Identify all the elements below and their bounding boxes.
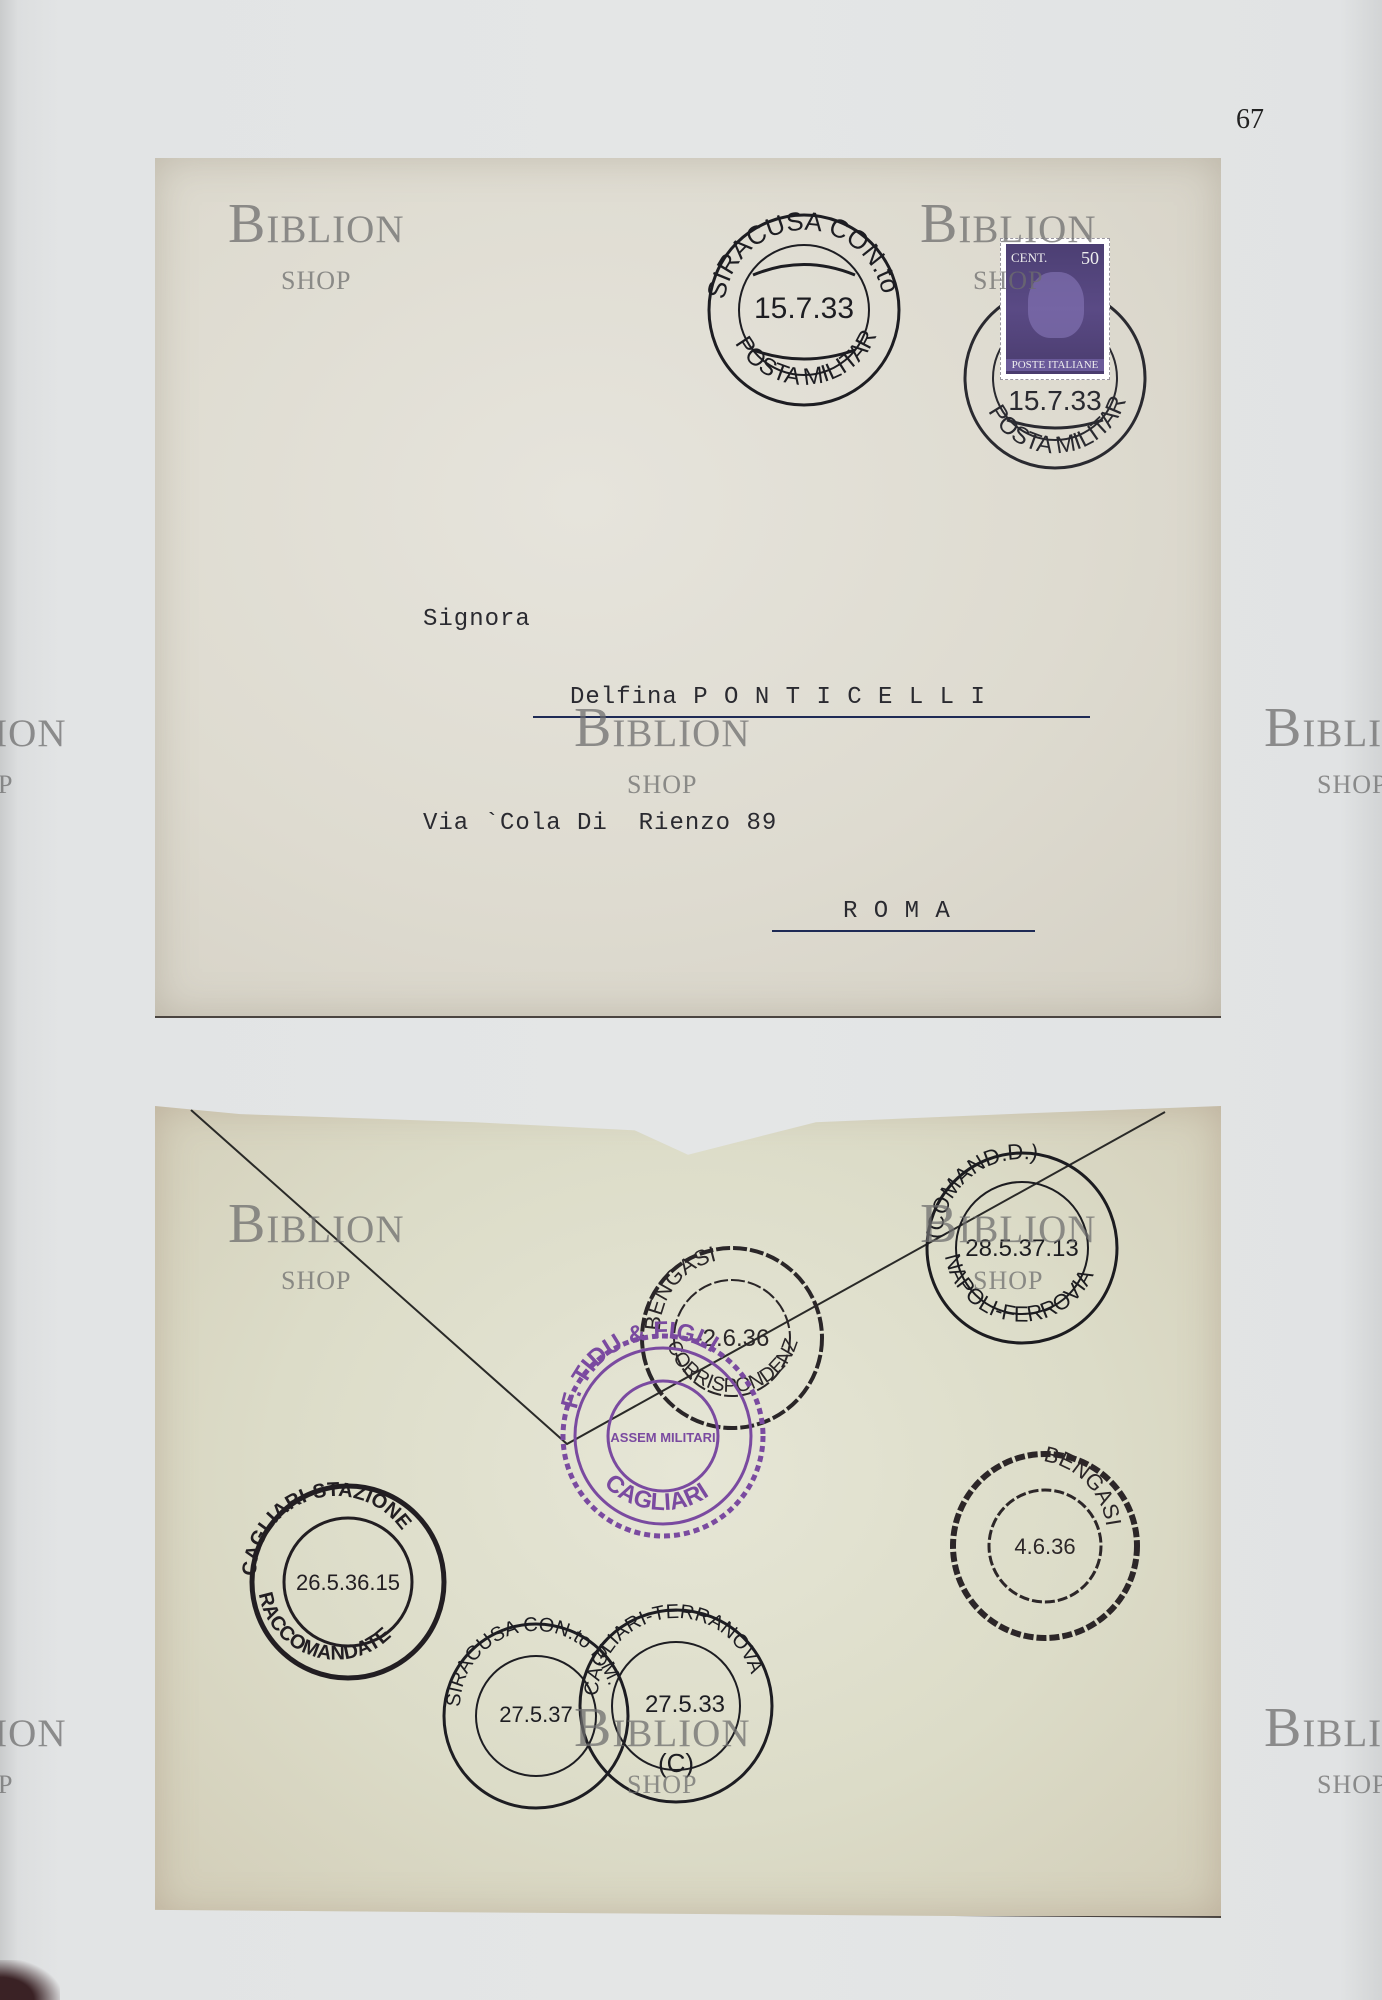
- postage-stamp: CENT. 50 POSTE ITALIANE: [1000, 238, 1110, 380]
- svg-text:28.5.37.13: 28.5.37.13: [965, 1235, 1078, 1262]
- svg-text:POSTA MILITARE: POSTA MILITARE: [155, 158, 882, 391]
- stamp-currency: CENT.: [1011, 250, 1047, 266]
- svg-text:15.7.33: 15.7.33: [754, 292, 854, 325]
- svg-text:POSTA MILITARE: POSTA MILITARE: [155, 158, 1132, 459]
- svg-text:27.5.37: 27.5.37: [499, 1702, 572, 1727]
- page-number: 67: [1236, 104, 1264, 136]
- svg-text:RACCOMANDATE: RACCOMANDATE: [254, 1590, 395, 1665]
- svg-text:SIRACUSA CON.to: SIRACUSA CON.to: [701, 206, 906, 302]
- svg-text:NAPOLI-FERROVIA: NAPOLI-FERROVIA: [940, 1251, 1099, 1327]
- svg-text:15.7.33: 15.7.33: [1008, 385, 1101, 416]
- book-corner-shadow: [0, 1960, 60, 2000]
- svg-text:ASSEM MILITARI: ASSEM MILITARI: [610, 1430, 715, 1445]
- watermark: BiblionSHOP: [1264, 700, 1382, 800]
- city: R O M A: [843, 898, 951, 925]
- envelope-back-markings: BENGASI CORRISPONDENZA -2.6.36 (COMAND.D…: [155, 1106, 1221, 1916]
- city-underline: [772, 930, 1035, 932]
- svg-text:4.6.36: 4.6.36: [1014, 1534, 1075, 1559]
- svg-text:(COMAND.D.): (COMAND.D.): [922, 1139, 1040, 1240]
- stamp-country: POSTE ITALIANE: [1006, 359, 1104, 371]
- addressee-name: Delfina P O N T I C E L L I: [570, 684, 986, 711]
- name-underline: [533, 716, 1090, 718]
- stamp-denomination: 50: [1081, 248, 1099, 269]
- watermark: BiblionSHOP: [0, 700, 67, 800]
- addressee-title: Signora: [423, 606, 531, 633]
- svg-text:26.5.36.15: 26.5.36.15: [296, 1570, 400, 1595]
- king-portrait-icon: [1028, 272, 1084, 338]
- watermark: BiblionSHOP: [1264, 1700, 1382, 1800]
- envelope-back: BENGASI CORRISPONDENZA -2.6.36 (COMAND.D…: [155, 1106, 1221, 1918]
- svg-text:27.5.33: 27.5.33: [645, 1691, 725, 1718]
- watermark: BiblionSHOP: [0, 1700, 67, 1800]
- street-address: Via `Cola Di Rienzo 89: [423, 810, 777, 837]
- svg-text:(C): (C): [658, 1748, 694, 1778]
- envelope-front: SIRACUSA CON.to POSTA MILITARE 15.7.33 P…: [155, 158, 1221, 1018]
